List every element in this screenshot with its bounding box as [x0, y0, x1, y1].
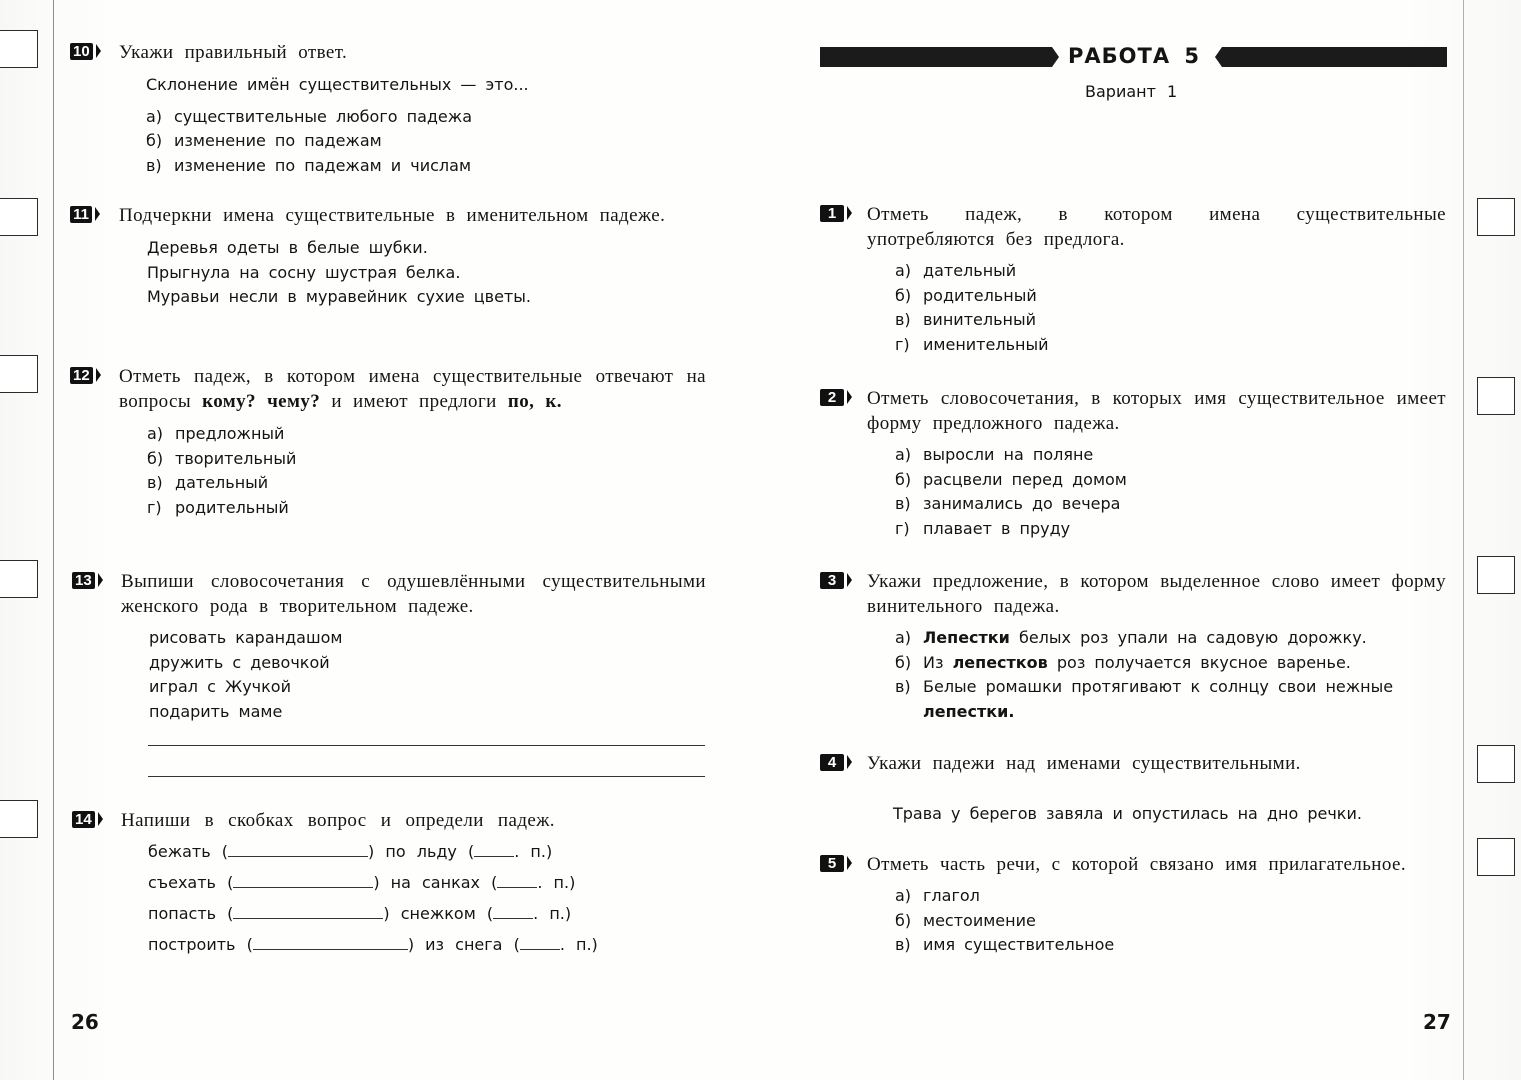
task-question: Отметь часть речи, с которой связано имя… — [867, 852, 1446, 877]
option-a[interactable]: а)предложный — [147, 422, 706, 447]
phrase-list: рисовать карандашом дружить с девочкой и… — [149, 626, 706, 724]
task-11: 11 Подчеркни имена существительные в име… — [70, 203, 706, 310]
task-question: Подчеркни имена существительные в именит… — [119, 203, 706, 228]
task-12: 12 Отметь падеж, в котором имена существ… — [70, 364, 706, 520]
score-box-task-1[interactable] — [1477, 198, 1515, 236]
score-box-task-12[interactable] — [0, 355, 38, 393]
fill-in-rows: бежать () по льду (. п.) съехать () на с… — [148, 836, 712, 960]
task-question: Выпиши словосочетания с одушевлёнными су… — [121, 569, 706, 619]
task-question: Отметь словосочетания, в которых имя сущ… — [867, 386, 1446, 436]
answer-options: а)глагол б)местоимение в)имя существител… — [895, 884, 1446, 958]
option-a[interactable]: а)дательный — [895, 259, 1446, 284]
phrase: дружить с девочкой — [149, 651, 706, 676]
option-c-continued: лепестки. — [895, 700, 1445, 725]
question-blank[interactable] — [228, 840, 368, 857]
task-sentence: Трава у берегов завяла и опустилась на д… — [893, 802, 1446, 827]
option-c[interactable]: в)занимались до вечера — [895, 492, 1446, 517]
page-number-left: 26 — [71, 1010, 99, 1034]
score-box-task-4[interactable] — [1477, 745, 1515, 783]
task-number-badge: 2 — [820, 389, 844, 406]
fill-row: съехать () на санках (. п.) — [148, 867, 712, 898]
task-question: Отметь падеж, в котором имена существите… — [119, 364, 706, 414]
task-5: 5 Отметь часть речи, с которой связано и… — [820, 852, 1446, 958]
phrase: играл с Жучкой — [149, 675, 706, 700]
task-prompt: Склонение имён существительных — это... — [146, 73, 710, 98]
option-c[interactable]: в)имя существительное — [895, 933, 1446, 958]
case-blank[interactable] — [474, 840, 514, 857]
case-blank[interactable] — [497, 871, 537, 888]
task-number-badge: 5 — [820, 855, 844, 872]
option-c[interactable]: в)изменение по падежам и числам — [146, 154, 710, 179]
question-blank[interactable] — [253, 933, 408, 950]
answer-options: а)существительные любого падежа б)измене… — [146, 105, 710, 179]
task-question: Укажи падежи над именами существительным… — [867, 751, 1446, 776]
task-14: 14 Напиши в скобках вопрос и определи па… — [72, 808, 712, 960]
score-box-task-13[interactable] — [0, 560, 38, 598]
answer-options: а)дательный б)родительный в)винительный … — [895, 259, 1446, 357]
task-number-badge: 10 — [70, 43, 93, 60]
option-d[interactable]: г)именительный — [895, 333, 1446, 358]
answer-line-1[interactable] — [148, 745, 705, 746]
option-b[interactable]: б)Из лепестков роз получается вкусное ва… — [895, 651, 1445, 676]
phrase: подарить маме — [149, 700, 706, 725]
score-box-task-10[interactable] — [0, 30, 38, 68]
option-a[interactable]: а)выросли на поляне — [895, 443, 1446, 468]
task-4: 4 Укажи падежи над именами существительн… — [820, 751, 1446, 827]
task-1: 1 Отметь падеж, в котором имена существи… — [820, 202, 1446, 357]
case-blank[interactable] — [493, 902, 533, 919]
option-d[interactable]: г)плавает в пруду — [895, 517, 1446, 542]
option-b[interactable]: б)местоимение — [895, 909, 1446, 934]
task-number-badge: 1 — [820, 205, 844, 222]
question-blank[interactable] — [233, 902, 383, 919]
phrase: рисовать карандашом — [149, 626, 706, 651]
option-c[interactable]: в)дательный — [147, 471, 706, 496]
answer-options: а)Лепестки белых роз упали на садовую до… — [895, 626, 1445, 724]
header-bar-right — [1222, 47, 1447, 67]
option-d[interactable]: г)родительный — [147, 496, 706, 521]
answer-options: а)выросли на поляне б)расцвели перед дом… — [895, 443, 1446, 541]
variant-label: Вариант 1 — [1085, 82, 1177, 101]
header-bar-left — [820, 47, 1052, 67]
fill-row: попасть () снежком (. п.) — [148, 898, 712, 929]
task-number-badge: 12 — [70, 367, 93, 384]
work-title: РАБОТА 5 — [1068, 44, 1200, 68]
option-a[interactable]: а)глагол — [895, 884, 1446, 909]
sentence: Прыгнула на сосну шустрая белка. — [147, 261, 706, 286]
task-number-badge: 11 — [70, 206, 92, 223]
option-a[interactable]: а)Лепестки белых роз упали на садовую до… — [895, 626, 1445, 651]
option-c[interactable]: в)Белые ромашки протягивают к солнцу сво… — [895, 675, 1445, 700]
page-number-right: 27 — [1423, 1010, 1451, 1034]
score-box-task-14[interactable] — [0, 800, 38, 838]
fill-row: построить () из снега (. п.) — [148, 929, 712, 960]
sentence-list: Деревья одеты в белые шубки. Прыгнула на… — [147, 236, 706, 310]
task-number-badge: 13 — [72, 572, 95, 589]
option-b[interactable]: б)родительный — [895, 284, 1446, 309]
score-box-task-3[interactable] — [1477, 556, 1515, 594]
answer-line-2[interactable] — [148, 776, 705, 777]
option-b[interactable]: б)изменение по падежам — [146, 129, 710, 154]
task-question: Напиши в скобках вопрос и определи падеж… — [121, 808, 712, 833]
score-box-task-5[interactable] — [1477, 838, 1515, 876]
task-13: 13 Выпиши словосочетания с одушевлёнными… — [72, 569, 706, 724]
answer-options: а)предложный б)творительный в)дательный … — [147, 422, 706, 520]
task-2: 2 Отметь словосочетания, в которых имя с… — [820, 386, 1446, 541]
option-c[interactable]: в)винительный — [895, 308, 1446, 333]
fill-row: бежать () по льду (. п.) — [148, 836, 712, 867]
option-a[interactable]: а)существительные любого падежа — [146, 105, 710, 130]
sentence: Муравьи несли в муравейник сухие цветы. — [147, 285, 706, 310]
task-question: Укажи предложение, в котором выделенное … — [867, 569, 1446, 619]
right-margin-line — [1463, 0, 1464, 1080]
option-b[interactable]: б)творительный — [147, 447, 706, 472]
left-margin-line — [53, 0, 54, 1080]
score-box-task-11[interactable] — [0, 198, 38, 236]
sentence: Деревья одеты в белые шубки. — [147, 236, 706, 261]
task-number-badge: 14 — [72, 811, 95, 828]
question-blank[interactable] — [233, 871, 373, 888]
case-blank[interactable] — [520, 933, 560, 950]
option-b[interactable]: б)расцвели перед домом — [895, 468, 1446, 493]
task-number-badge: 3 — [820, 572, 844, 589]
task-10: 10 Укажи правильный ответ. Склонение имё… — [70, 40, 710, 178]
task-3: 3 Укажи предложение, в котором выделенно… — [820, 569, 1446, 724]
task-question: Укажи правильный ответ. — [119, 40, 710, 65]
task-number-badge: 4 — [820, 754, 844, 771]
task-question: Отметь падеж, в котором имена существите… — [867, 202, 1446, 252]
score-box-task-2[interactable] — [1477, 377, 1515, 415]
